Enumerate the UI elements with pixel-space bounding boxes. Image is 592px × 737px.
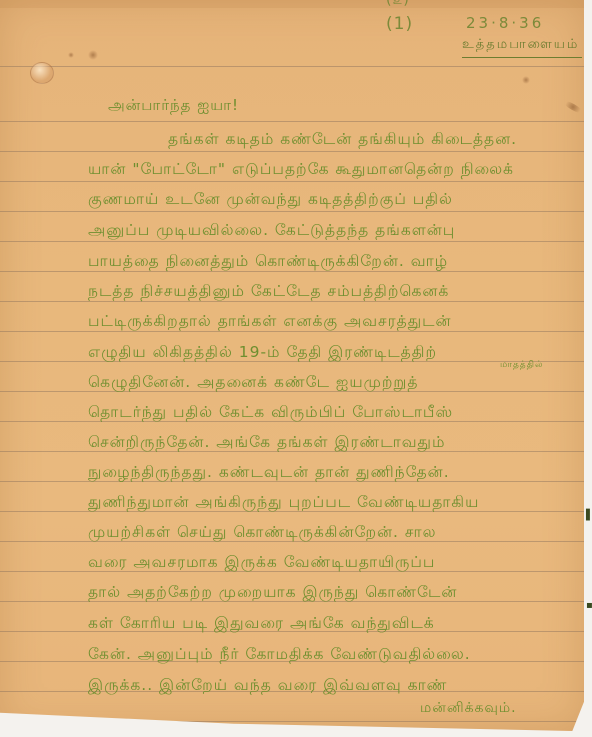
edge-bleed-marks: ▌ xyxy=(586,510,592,521)
body-line: நடத்த நிச்சயத்தினும் கேட்டேத சம்பத்திற்க… xyxy=(88,282,449,302)
body-line: துணிந்துமான் அங்கிருந்து புறப்பட வேண்டிய… xyxy=(88,493,479,513)
body-line: தங்கள் கடிதம் கண்டேன் தங்கியும் கிடைத்தன… xyxy=(168,130,517,150)
letter-place: உத்தமபாளையம் xyxy=(462,37,582,58)
page-number: (1) xyxy=(386,14,413,34)
letter-date: 23·8·36 xyxy=(466,14,544,32)
body-line: தொடர்ந்து பதில் கேட்க விரும்பிப் போஸ்டாப… xyxy=(88,403,453,423)
body-line: கெழுதினேன். அதனைக் கண்டே ஐயமுற்றுத் xyxy=(88,373,418,393)
body-line: வரை அவசரமாக இருக்க வேண்டியதாயிருப்ப xyxy=(88,553,435,573)
body-line: இருக்க.. இன்றேய் வந்த வரை இவ்வளவு காண் xyxy=(88,676,447,696)
closing-line: மன்னிக்கவும். xyxy=(420,700,517,718)
ink-stain xyxy=(88,50,98,60)
page-number-top: (௨) xyxy=(386,0,410,10)
body-line: முயற்சிகள் செய்து கொண்டிருக்கின்றேன். சா… xyxy=(88,523,436,543)
body-line: யான் "போட்டோ" எடுப்பதற்கே கூதுமானதென்ற ந… xyxy=(88,160,514,180)
ink-stain xyxy=(562,99,584,115)
ink-stain xyxy=(522,76,530,84)
body-line: எழுதிய லிகிதத்தில் 19-ம் தேதி இரண்டிடத்த… xyxy=(88,343,437,363)
body-line: பாயத்தை நினைத்தும் கொண்டிருக்கிறேன். வாழ… xyxy=(88,252,448,272)
body-line: அனுப்ப முடியவில்லை. கேட்டுத்தந்த தங்களன்… xyxy=(88,221,455,241)
body-line: நுழைந்திருந்தது. கண்டவுடன் தான் துணிந்தே… xyxy=(88,463,450,483)
paper-fold xyxy=(0,0,584,8)
body-line: குணமாய் உடனே முன்வந்து கடிதத்திற்குப் பத… xyxy=(88,190,453,210)
edge-bleed-marks: ▪ xyxy=(586,600,592,611)
interlinear-insert: மாதத்தில் xyxy=(500,360,544,371)
water-stain xyxy=(30,62,54,84)
body-line: பட்டிருக்கிறதால் தாங்கள் எனக்கு அவசரத்து… xyxy=(88,312,452,332)
salutation: அன்பார்ந்த ஐயா! xyxy=(108,96,239,116)
body-line: கேன். அனுப்பும் நீர் கோமதிக்க வேண்டுவதில… xyxy=(88,645,471,665)
body-line: கள் கோரிய படி இதுவரை அங்கே வந்துவிடக் xyxy=(88,614,435,634)
ink-stain xyxy=(68,52,74,58)
body-line: தால் அதற்கேற்ற முறையாக இருந்து கொண்டேன் xyxy=(88,583,457,603)
letter-paper: (௨) (1) 23·8·36 உத்தமபாளையம் அன்பார்ந்த … xyxy=(0,0,584,731)
body-line: சென்றிருந்தேன். அங்கே தங்கள் இரண்டாவதும் xyxy=(88,433,445,453)
